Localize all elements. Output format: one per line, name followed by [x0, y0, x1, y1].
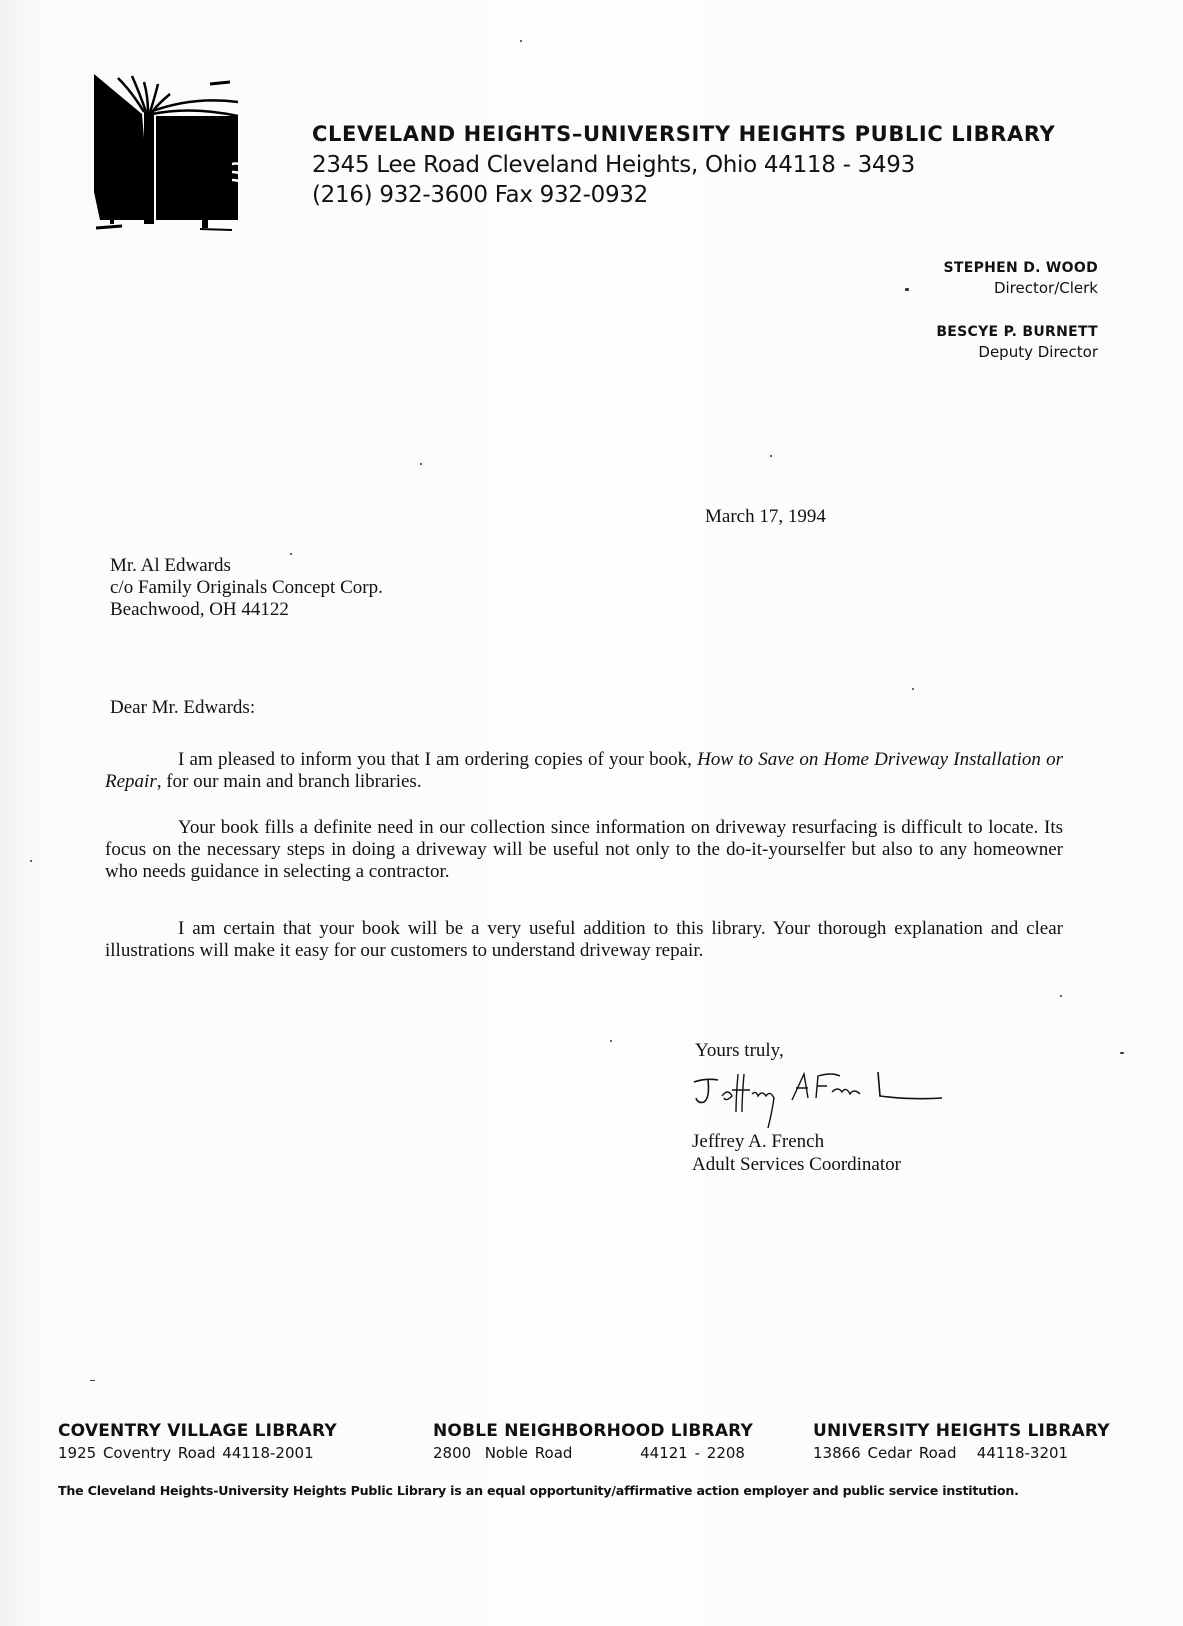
- scan-speck: [520, 40, 522, 42]
- letter-page: CLEVELAND HEIGHTS–UNIVERSITY HEIGHTS PUB…: [0, 0, 1183, 1626]
- branch-name: NOBLE NEIGHBORHOOD LIBRARY: [433, 1421, 753, 1441]
- branch-noble: NOBLE NEIGHBORHOOD LIBRARY 2800 Noble Ro…: [433, 1421, 753, 1462]
- recipient-address: Mr. Al Edwards c/o Family Originals Conc…: [110, 555, 383, 621]
- recipient-line: c/o Family Originals Concept Corp.: [110, 577, 383, 599]
- eeo-statement: The Cleveland Heights-University Heights…: [58, 1483, 1019, 1498]
- scan-speck: [30, 860, 32, 862]
- scan-speck: [1060, 995, 1062, 997]
- officer-deputy-director: BESCYE P. BURNETT Deputy Director: [936, 322, 1098, 362]
- officer-title: Deputy Director: [936, 342, 1098, 362]
- paragraph-text: Your book fills a definite need in our c…: [105, 817, 1063, 882]
- scan-speck: [420, 463, 422, 465]
- officer-director: STEPHEN D. WOOD Director/Clerk: [936, 258, 1098, 298]
- officer-name: BESCYE P. BURNETT: [936, 322, 1098, 342]
- organization-address: 2345 Lee Road Cleveland Heights, Ohio 44…: [312, 152, 915, 178]
- signer-block: Jeffrey A. French Adult Services Coordin…: [692, 1130, 901, 1176]
- branch-address: 13866 Cedar Road 44118-3201: [813, 1444, 1110, 1462]
- scan-speck: [1120, 1052, 1124, 1054]
- branch-coventry: COVENTRY VILLAGE LIBRARY 1925 Coventry R…: [58, 1421, 337, 1462]
- officer-name: STEPHEN D. WOOD: [936, 258, 1098, 278]
- scan-speck: [610, 1040, 612, 1042]
- branch-university-heights: UNIVERSITY HEIGHTS LIBRARY 13866 Cedar R…: [813, 1421, 1110, 1462]
- scan-speck: [90, 1380, 95, 1381]
- branch-address: 2800 Noble Road 44121 - 2208: [433, 1444, 753, 1462]
- branch-address: 1925 Coventry Road 44118-2001: [58, 1444, 337, 1462]
- branch-name: COVENTRY VILLAGE LIBRARY: [58, 1421, 337, 1441]
- paragraph-text: I am certain that your book will be a ve…: [105, 918, 1063, 961]
- letter-date: March 17, 1994: [705, 506, 826, 528]
- paragraph-1: I am pleased to inform you that I am ord…: [105, 749, 1063, 793]
- salutation: Dear Mr. Edwards:: [110, 697, 255, 719]
- organization-name: CLEVELAND HEIGHTS–UNIVERSITY HEIGHTS PUB…: [312, 122, 1055, 146]
- officer-title: Director/Clerk: [936, 278, 1098, 298]
- officers-block: STEPHEN D. WOOD Director/Clerk BESCYE P.…: [936, 258, 1098, 362]
- signer-title: Adult Services Coordinator: [692, 1153, 901, 1176]
- handwritten-signature-icon: [692, 1068, 962, 1130]
- signer-name: Jeffrey A. French: [692, 1130, 901, 1153]
- branch-name: UNIVERSITY HEIGHTS LIBRARY: [813, 1421, 1110, 1441]
- paragraph-text: I am pleased to inform you that I am ord…: [178, 749, 697, 770]
- recipient-line: Beachwood, OH 44122: [110, 599, 383, 621]
- organization-phone-fax: (216) 932-3600 Fax 932-0932: [312, 182, 648, 208]
- open-book-logo-icon: [92, 72, 242, 240]
- recipient-line: Mr. Al Edwards: [110, 555, 383, 577]
- scan-speck: [290, 553, 292, 555]
- paragraph-3: I am certain that your book will be a ve…: [105, 918, 1063, 962]
- closing: Yours truly,: [695, 1040, 784, 1062]
- scan-speck: [770, 455, 772, 457]
- scan-speck: [905, 288, 909, 291]
- scan-speck: [912, 688, 914, 690]
- paragraph-2: Your book fills a definite need in our c…: [105, 817, 1063, 883]
- paragraph-text: , for our main and branch libraries.: [157, 771, 422, 792]
